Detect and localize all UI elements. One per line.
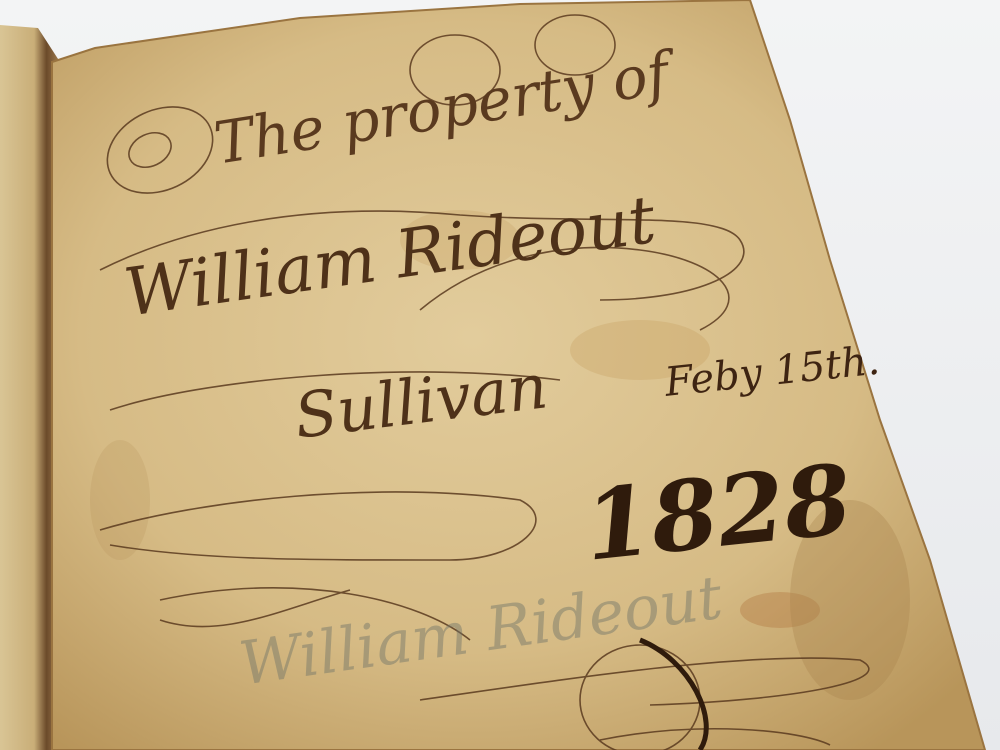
photo-scene: The property of William Rideout Sullivan…	[0, 0, 1000, 750]
book-page	[0, 0, 1000, 750]
